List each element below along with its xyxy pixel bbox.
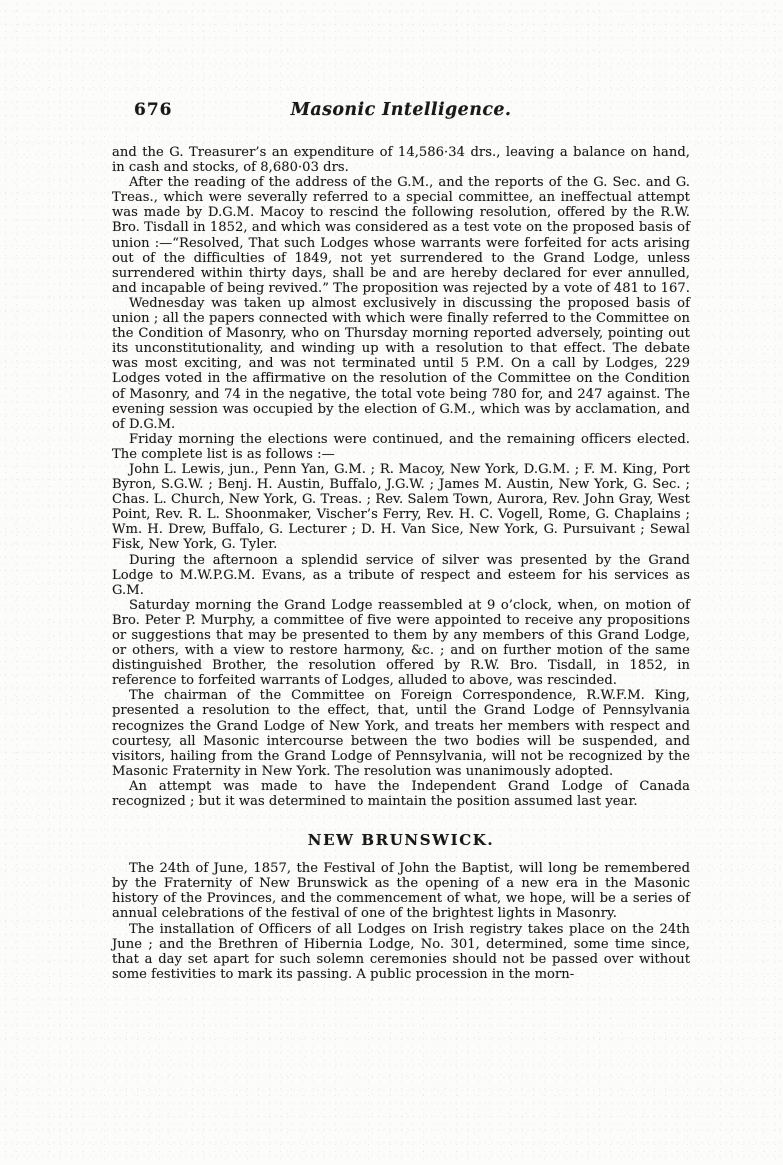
report-paragraph: Wednesday was taken up almost exclusivel… — [112, 296, 690, 432]
report-paragraph: During the afternoon a splendid service … — [112, 553, 690, 598]
report-paragraph: An attempt was made to have the Independ… — [112, 779, 690, 809]
report-paragraph: The chairman of the Committee on Foreign… — [112, 688, 690, 779]
report-paragraph: Friday morning the elections were contin… — [112, 432, 690, 462]
brunswick-paragraph: The 24th of June, 1857, the Festival of … — [112, 861, 690, 921]
report-paragraph: and the G. Treasurer’s an expenditure of… — [112, 145, 690, 175]
report-paragraph-officer-list: John L. Lewis, jun., Penn Yan, G.M. ; R.… — [112, 462, 690, 553]
report-paragraph: After the reading of the address of the … — [112, 175, 690, 296]
brunswick-paragraph: The installation of Officers of all Lodg… — [112, 922, 690, 982]
report-paragraph: Saturday morning the Grand Lodge reassem… — [112, 598, 690, 689]
section-heading-new-brunswick: NEW BRUNSWICK. — [112, 831, 690, 849]
page-header: 676 Masonic Intelligence. — [112, 100, 690, 126]
report-body: and the G. Treasurer’s an expenditure of… — [112, 145, 690, 982]
running-header: Masonic Intelligence. — [112, 100, 690, 120]
page-column: 676 Masonic Intelligence. and the G. Tre… — [112, 100, 690, 982]
